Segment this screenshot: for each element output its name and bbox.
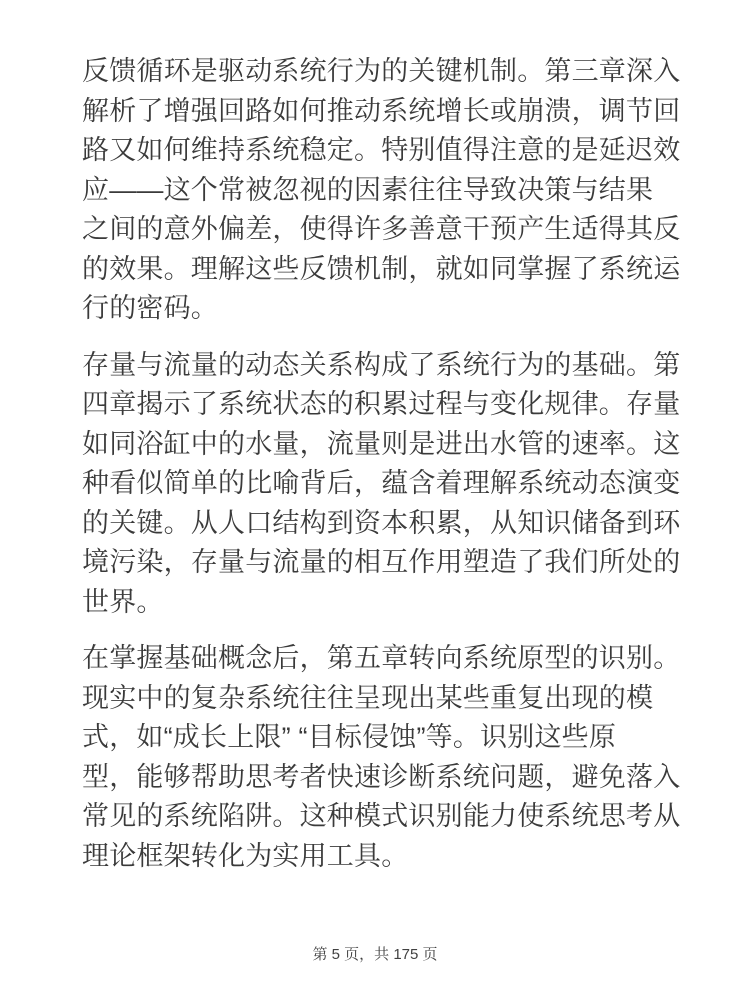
document-page: 反馈循环是驱动系统行为的关键机制。第三章深入解析了增强回路如何推动系统增长或崩溃… <box>0 0 750 1000</box>
text-line: 现实中的复杂系统往往呈现出某些重复出现的模 <box>82 679 682 719</box>
text-line: 之间的意外偏差，使得许多善意干预产生适得其反 <box>82 210 682 250</box>
text-line: 在掌握基础概念后，第五章转向系统原型的识别。 <box>82 639 682 679</box>
paragraph: 在掌握基础概念后，第五章转向系统原型的识别。现实中的复杂系统往往呈现出某些重复出… <box>82 639 682 876</box>
text-line: 解析了增强回路如何推动系统增长或崩溃，调节回 <box>82 92 682 132</box>
text-line: 理论框架转化为实用工具。 <box>82 837 682 877</box>
text-line: 境污染，存量与流量的相互作用塑造了我们所处的 <box>82 543 682 583</box>
text-line: 行的密码。 <box>82 289 682 329</box>
text-line: 常见的系统陷阱。这种模式识别能力使系统思考从 <box>82 797 682 837</box>
text-line: 如同浴缸中的水量，流量则是进出水管的速率。这 <box>82 425 682 465</box>
text-line: 的关键。从人口结构到资本积累，从知识储备到环 <box>82 504 682 544</box>
text-line: 的效果。理解这些反馈机制，就如同掌握了系统运 <box>82 250 682 290</box>
text-line: 路又如何维持系统稳定。特别值得注意的是延迟效 <box>82 131 682 171</box>
text-line: 种看似简单的比喻背后，蕴含着理解系统动态演变 <box>82 464 682 504</box>
text-line: 式，如“成长上限” “目标侵蚀”等。识别这些原 <box>82 718 682 758</box>
page-text-content: 反馈循环是驱动系统行为的关键机制。第三章深入解析了增强回路如何推动系统增长或崩溃… <box>82 52 682 893</box>
page-number-indicator: 第 5 页，共 175 页 <box>0 944 750 966</box>
text-line: 型，能够帮助思考者快速诊断系统问题，避免落入 <box>82 758 682 798</box>
text-line: 世界。 <box>82 583 682 623</box>
text-line: 四章揭示了系统状态的积累过程与变化规律。存量 <box>82 385 682 425</box>
paragraph: 反馈循环是驱动系统行为的关键机制。第三章深入解析了增强回路如何推动系统增长或崩溃… <box>82 52 682 329</box>
text-line: 应——这个常被忽视的因素往往导致决策与结果 <box>82 171 682 211</box>
paragraph: 存量与流量的动态关系构成了系统行为的基础。第四章揭示了系统状态的积累过程与变化规… <box>82 346 682 623</box>
text-line: 反馈循环是驱动系统行为的关键机制。第三章深入 <box>82 52 682 92</box>
text-line: 存量与流量的动态关系构成了系统行为的基础。第 <box>82 346 682 386</box>
